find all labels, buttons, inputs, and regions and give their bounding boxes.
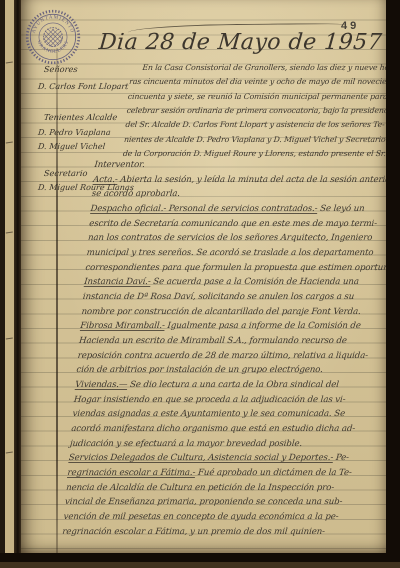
handwritten-line: nombre por construcción de alcantarillad…	[81, 305, 374, 320]
handwritten-line: reposición contra acuerdo de 28 de marzo…	[77, 349, 370, 364]
handwritten-line: viendas asignadas a este Ayuntamiento y …	[72, 407, 365, 422]
handwritten-line: Instancia Daví.- Se acuerda pase a la Co…	[83, 275, 376, 290]
handwritten-line: nan los contratos de servicios de los se…	[87, 231, 380, 246]
handwritten-line: Acta.- Abierta la sesión, y leída la min…	[92, 173, 385, 188]
margin-entry: D. Pedro Viaplana	[38, 128, 112, 137]
handwritten-line: celebrar sesión ordinaria de primera con…	[126, 104, 383, 118]
handwritten-line: municipal y tres sereños. Se acordó se t…	[86, 246, 379, 261]
photo-edge-right	[386, 0, 400, 568]
handwritten-line: se acordó aprobarla.	[91, 187, 384, 202]
margin-entry: D. Carlos Font Llopart	[38, 82, 129, 91]
handwritten-line: regrinación escolar a Fátima, y un premi…	[62, 525, 355, 540]
handwritten-line: Hacienda un escrito de Miramball S.A., f…	[78, 334, 371, 349]
entry-date-title: Dia 28 de Mayo de 1957	[98, 30, 372, 55]
handwritten-line: Servicios Delegados de Cultura, Asistenc…	[68, 451, 361, 466]
handwritten-line: Fibrosa Miramball.- Igualmente pasa a in…	[80, 319, 373, 334]
svg-text:GRANOLLERS: GRANOLLERS	[36, 40, 71, 55]
margin-entry: D. Miguel Vichel	[38, 142, 106, 151]
handwritten-line: correspondientes para que formulen la pr…	[85, 261, 378, 276]
margin-entry: Secretario	[43, 168, 87, 178]
margin-entry: Señores	[43, 64, 78, 74]
handwritten-line: vincial de Enseñanza primaria, proponien…	[64, 495, 357, 510]
handwritten-line: judicación y se efectuará a la mayor bre…	[69, 437, 362, 452]
handwritten-line: Despacho oficial.- Personal de servicios…	[90, 202, 383, 217]
minutes-body: Interventor.Acta.- Abierta la sesión, y …	[62, 158, 387, 539]
handwritten-line: del Sr. Alcalde D. Carlos Font Llopart y…	[125, 118, 382, 132]
handwritten-line: Hogar insistiendo en que se proceda a la…	[73, 393, 366, 408]
intro-paragraph: En la Casa Consistorial de Granollers, s…	[122, 61, 387, 161]
handwritten-line: regrinación escolar a Fátima.- Fué aprob…	[67, 466, 360, 481]
handwritten-line: Viviendas.— Se dio lectura a una carta d…	[74, 378, 367, 393]
stamp-bottom-text: GRANOLLERS	[36, 40, 71, 55]
photo-edge-bottom	[0, 553, 400, 568]
handwritten-line: cincuenta y siete, se reunió la Comisión…	[127, 90, 384, 104]
scanned-minutes-page: AYUNTAMIENTO GRANOLLERS 49 Dia 28 de May…	[0, 0, 400, 568]
margin-entry: Tenientes Alcalde	[43, 112, 117, 122]
handwritten-line: acordó manifestara dicho organismo que e…	[71, 422, 364, 437]
handwritten-line: nencia de Alcaldía de Cultura en petició…	[65, 481, 358, 496]
page-fold-line	[56, 48, 58, 553]
handwritten-line: ción de arbitrios por instalación de un …	[76, 363, 369, 378]
stamp-crest-icon	[43, 28, 63, 49]
handwritten-line: escrito de Secretaría comunicando que en…	[89, 217, 382, 232]
ayuntamiento-granollers-stamp-icon: AYUNTAMIENTO GRANOLLERS	[24, 8, 82, 66]
handwritten-line: En la Casa Consistorial de Granollers, s…	[130, 61, 387, 75]
svg-text:AYUNTAMIENTO: AYUNTAMIENTO	[31, 14, 75, 34]
handwritten-line: nientes de Alcalde D. Pedro Viaplana y D…	[123, 133, 380, 147]
binding-groove	[14, 0, 21, 553]
handwritten-line: Interventor.	[94, 158, 387, 173]
handwritten-line: ras cincuenta minutos del dia veinte y o…	[128, 75, 385, 89]
handwritten-line: vención de mil pesetas en concepto de ay…	[63, 510, 356, 525]
stamp-top-text: AYUNTAMIENTO	[31, 14, 75, 34]
handwritten-line: instancia de Dª Rosa Daví, solicitando s…	[82, 290, 375, 305]
binding-stub-strip	[0, 0, 14, 553]
